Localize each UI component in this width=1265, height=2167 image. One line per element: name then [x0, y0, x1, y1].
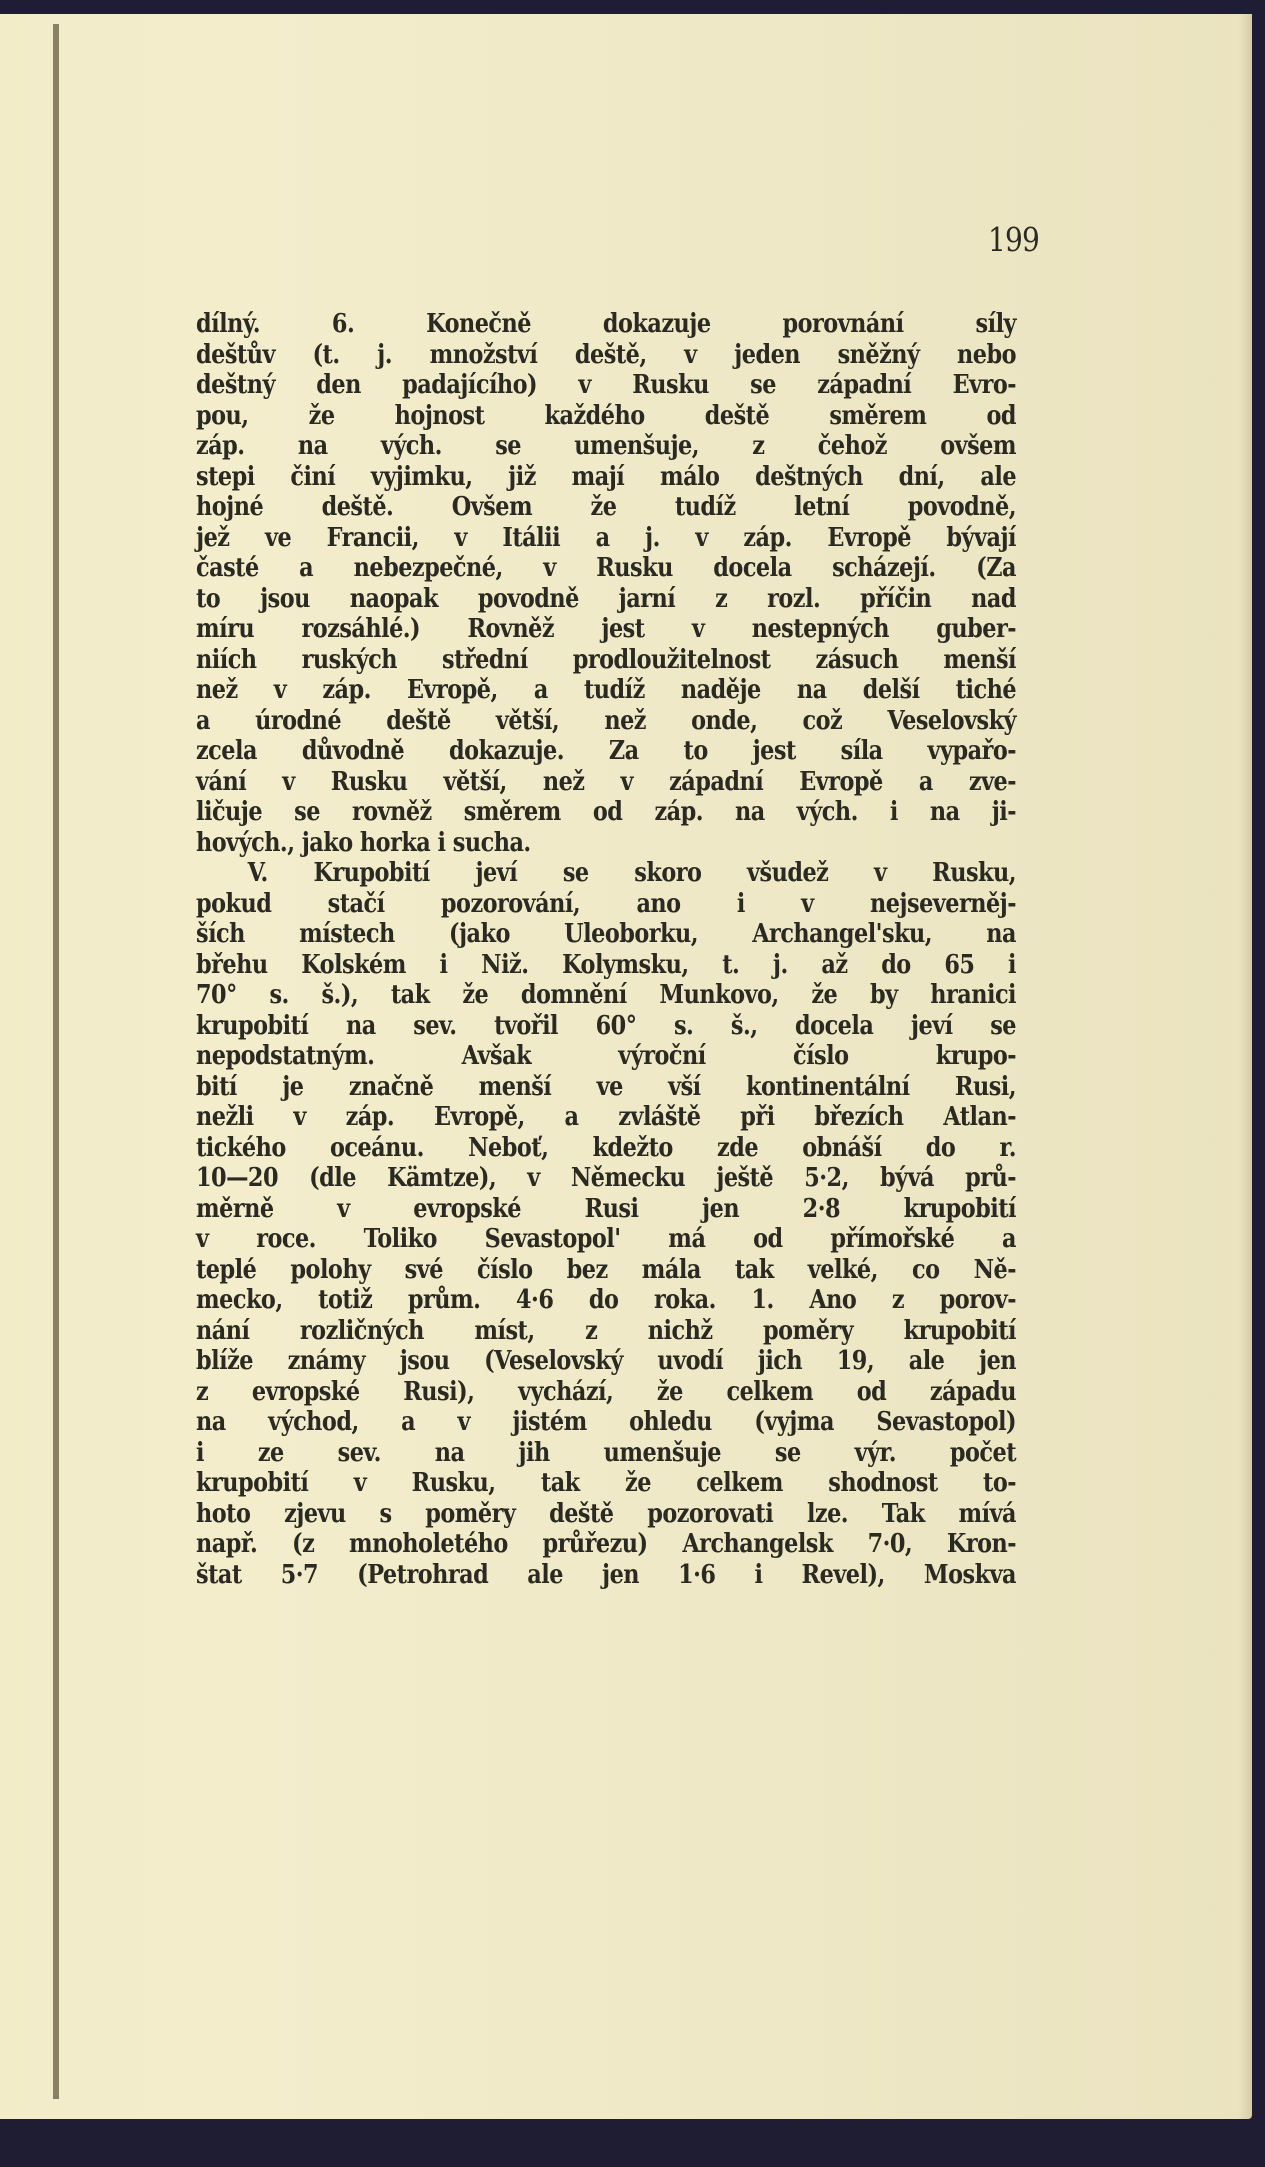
text-line: na východ, a v jistém ohledu (vyjma Seva…: [196, 1407, 1016, 1438]
text-line: nání rozličných míst, z nichž poměry kru…: [196, 1316, 1016, 1347]
text-line: krupobití na sev. tvořil 60° s. š., doce…: [196, 1011, 1016, 1042]
text-line: nepodstatným. Avšak výroční číslo krupo-: [196, 1041, 1016, 1072]
text-line: mecko, totiž prům. 4·6 do roka. 1. Ano z…: [196, 1285, 1016, 1316]
text-line: hoto zjevu s poměry deště pozorovati lze…: [196, 1499, 1016, 1530]
binding-line: [53, 24, 59, 2099]
text-line: pokud stačí pozorování, ano i v nejsever…: [196, 889, 1016, 920]
text-line: pou, že hojnost každého deště směrem od: [196, 401, 1016, 432]
text-line: v roce. Toliko Sevastopol' má od přímořs…: [196, 1224, 1016, 1255]
text-line: deštný den padajícího) v Rusku se západn…: [196, 370, 1016, 401]
text-line: míru rozsáhlé.) Rovněž jest v nestepných…: [196, 614, 1016, 645]
page-number: 199: [988, 220, 1039, 259]
text-line: tického oceánu. Neboť, kdežto zde obnáší…: [196, 1133, 1016, 1164]
text-line: deštův (t. j. množství deště, v jeden sn…: [196, 340, 1016, 371]
text-line: vání v Rusku větší, než v západní Evropě…: [196, 767, 1016, 798]
text-line: 70° s. š.), tak že domnění Munkovo, že b…: [196, 980, 1016, 1011]
text-line: to jsou naopak povodně jarní z rozl. pří…: [196, 584, 1016, 615]
text-line: blíže známy jsou (Veselovský uvodí jich …: [196, 1346, 1016, 1377]
text-line: i ze sev. na jih umenšuje se výr. počet: [196, 1438, 1016, 1469]
text-line: břehu Kolském i Niž. Kolymsku, t. j. až …: [196, 950, 1016, 981]
page-edge-shadow: [1238, 14, 1252, 2119]
text-line: zcela důvodně dokazuje. Za to jest síla …: [196, 736, 1016, 767]
text-line: štat 5·7 (Petrohrad ale jen 1·6 i Revel)…: [196, 1560, 1016, 1591]
text-line: ších místech (jako Uleoborku, Archangel'…: [196, 919, 1016, 950]
body-text: dílný. 6. Konečně dokazuje porovnání síl…: [196, 309, 1018, 1590]
text-line: hojné deště. Ovšem že tudíž letní povodn…: [196, 492, 1016, 523]
text-line: a úrodné deště větší, než onde, což Vese…: [196, 706, 1016, 737]
text-line: niích ruských střední prodloužitelnost z…: [196, 645, 1016, 676]
text-line: měrně v evropské Rusi jen 2·8 krupobití: [196, 1194, 1016, 1225]
text-line: 10—20 (dle Kämtze), v Německu ještě 5·2,…: [196, 1163, 1016, 1194]
book-page: 199 dílný. 6. Konečně dokazuje porovnání…: [0, 14, 1252, 2119]
text-line: krupobití v Rusku, tak že celkem shodnos…: [196, 1468, 1016, 1499]
text-line: záp. na vých. se umenšuje, z čehož ovšem: [196, 431, 1016, 462]
text-line: časté a nebezpečné, v Rusku docela scház…: [196, 553, 1016, 584]
text-line: než v záp. Evropě, a tudíž naděje na del…: [196, 675, 1016, 706]
text-line: bití je značně menší ve vší kontinentáln…: [196, 1072, 1016, 1103]
text-line: z evropské Rusi), vychází, že celkem od …: [196, 1377, 1016, 1408]
text-line: teplé polohy své číslo bez mála tak velk…: [196, 1255, 1016, 1286]
text-line: dílný. 6. Konečně dokazuje porovnání síl…: [196, 309, 1016, 340]
text-line: ličuje se rovněž směrem od záp. na vých.…: [196, 797, 1016, 828]
text-line: stepi činí vyjimku, již mají málo deštný…: [196, 462, 1016, 493]
text-line: např. (z mnoholetého průřezu) Archangels…: [196, 1529, 1016, 1560]
text-line: jež ve Francii, v Itálii a j. v záp. Evr…: [196, 523, 1016, 554]
text-line: hových., jako horka i sucha.: [196, 828, 1016, 859]
section-start-line: V. Krupobití jeví se skoro všudež v Rusk…: [196, 858, 1016, 889]
text-line: nežli v záp. Evropě, a zvláště při březí…: [196, 1102, 1016, 1133]
